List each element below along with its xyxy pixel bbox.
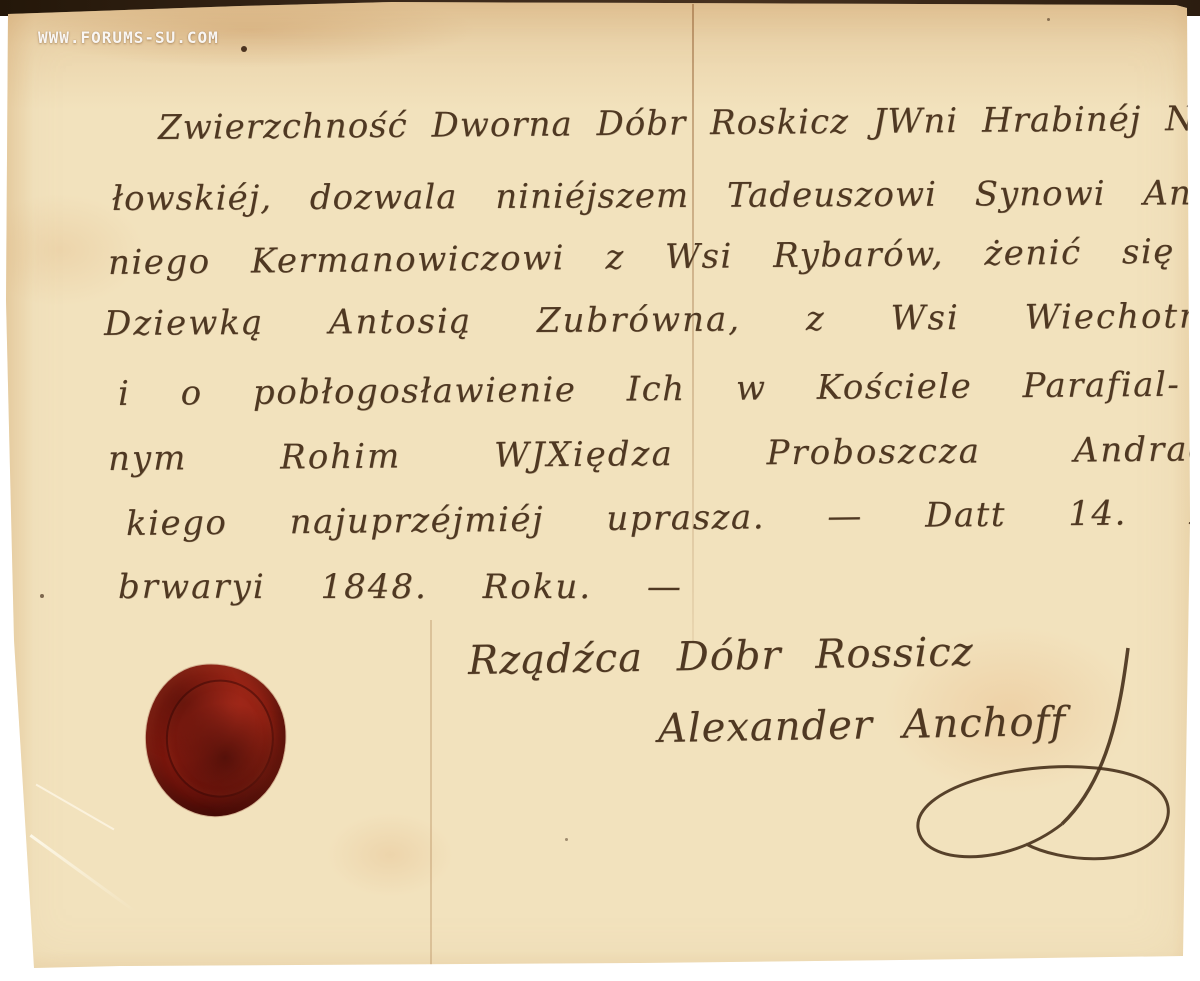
handwritten-line-1: Zwierzchność Dworna Dóbr Roskicz JWni Hr… <box>158 98 1200 148</box>
corner-crease <box>36 784 115 831</box>
handwritten-line-8: brwaryi 1848. Roku. — <box>118 567 683 607</box>
handwritten-line-3: niego Kermanowiczowi z Wsi Rybarów, żeni… <box>108 231 1200 283</box>
handwritten-line-6: nym Rohim WJXiędza Proboszcza Andradz- <box>108 429 1200 479</box>
vertical-crease <box>430 620 432 970</box>
handwritten-line-4: Dziewką Antosią Zubrówna, z Wsi Wiechotn… <box>104 296 1200 344</box>
paper-speck <box>565 838 568 841</box>
handwritten-line-7: kiego najuprzéjmiéj uprasza. — Datt 14. … <box>126 492 1200 544</box>
watermark-text: WWW.FORUMS-SU.COM <box>38 28 219 47</box>
scanned-document: WWW.FORUMS-SU.COM Zwierzchność Dworna Dó… <box>0 0 1200 981</box>
paper-speck <box>1047 18 1050 21</box>
document-paper: WWW.FORUMS-SU.COM Zwierzchność Dworna Dó… <box>0 0 1200 981</box>
wax-seal <box>138 657 293 823</box>
seal-inner-ring <box>165 679 275 799</box>
signature-flourish <box>860 630 1200 890</box>
handwritten-line-2: łowskiéj, dozwala niniéjszem Tadeuszowi … <box>112 173 1200 219</box>
paper-speck <box>241 46 247 52</box>
corner-crease <box>30 834 137 913</box>
handwritten-line-5: i o pobłogosławienie Ich w Kościele Para… <box>118 365 1181 414</box>
paper-speck <box>40 594 44 598</box>
